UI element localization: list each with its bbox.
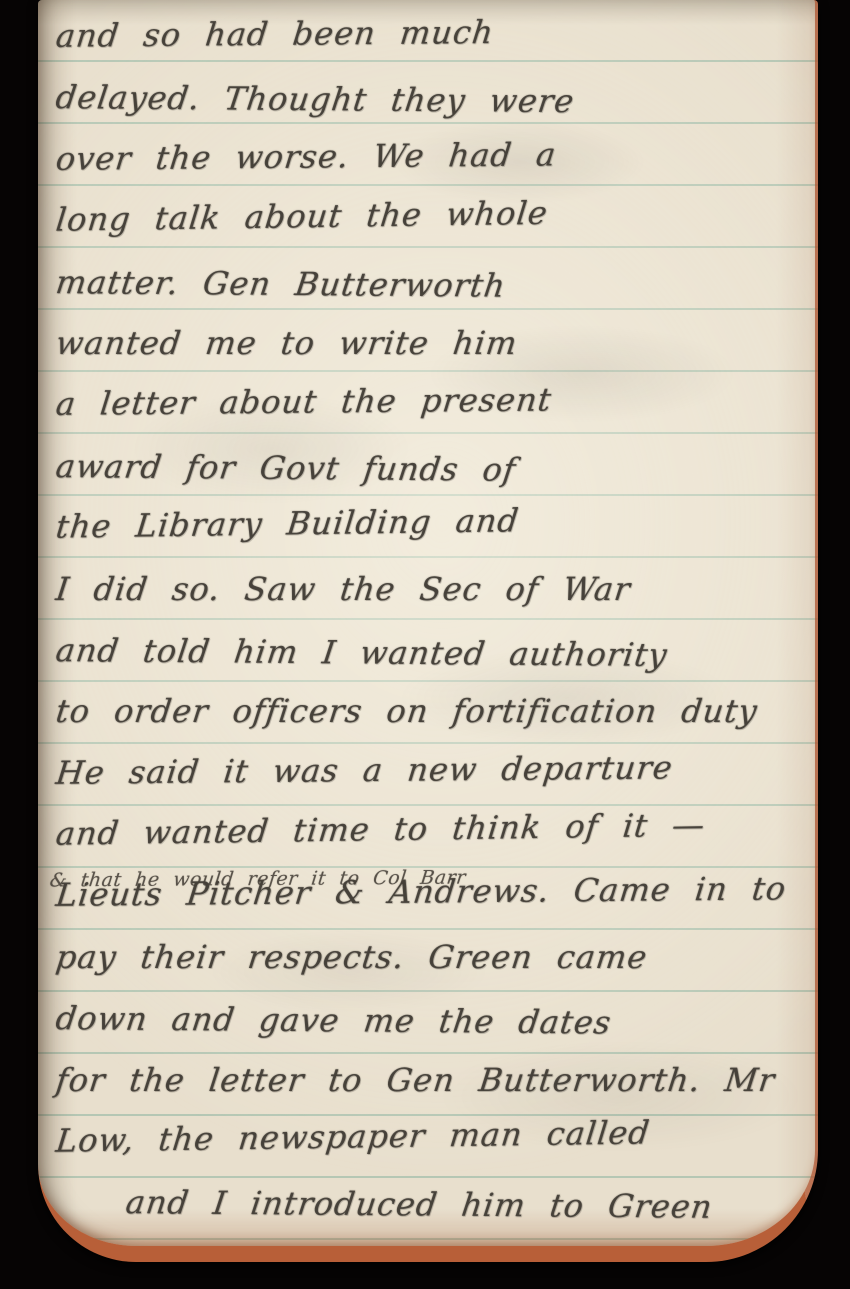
handwriting-line: wanted me to write him — [34, 313, 819, 374]
handwriting-line: Low, the newspaper man called — [35, 1100, 820, 1172]
handwriting-line: I did so. Saw the Sec of War — [34, 559, 819, 620]
handwriting-line: and so had been much — [34, 0, 819, 67]
handwriting-line: the Library Building and — [35, 486, 820, 558]
handwriting-interline: & that he would refer it to Col Barr — [49, 867, 468, 892]
handwriting-line: a letter about the present — [34, 368, 819, 436]
photo-background: and so had been muchdelayed. Thought the… — [0, 0, 850, 1289]
handwriting-line: and told him I wanted authority — [34, 620, 818, 687]
handwriting-line: long talk about the whole — [35, 179, 820, 251]
handwriting-line: and wanted time to think of it — — [35, 793, 820, 865]
handwriting-block: and so had been muchdelayed. Thought the… — [38, 6, 815, 1234]
handwriting-line: matter. Gen Butterworth — [34, 252, 818, 319]
handwriting-line: pay their respects. Green came — [34, 927, 819, 988]
handwriting-line: and I introduced him to Green — [104, 1172, 818, 1239]
notebook-page: and so had been muchdelayed. Thought the… — [38, 0, 818, 1262]
handwriting-line: to order officers on fortification duty — [34, 681, 819, 742]
handwriting-line: down and gave me the dates — [34, 988, 818, 1055]
